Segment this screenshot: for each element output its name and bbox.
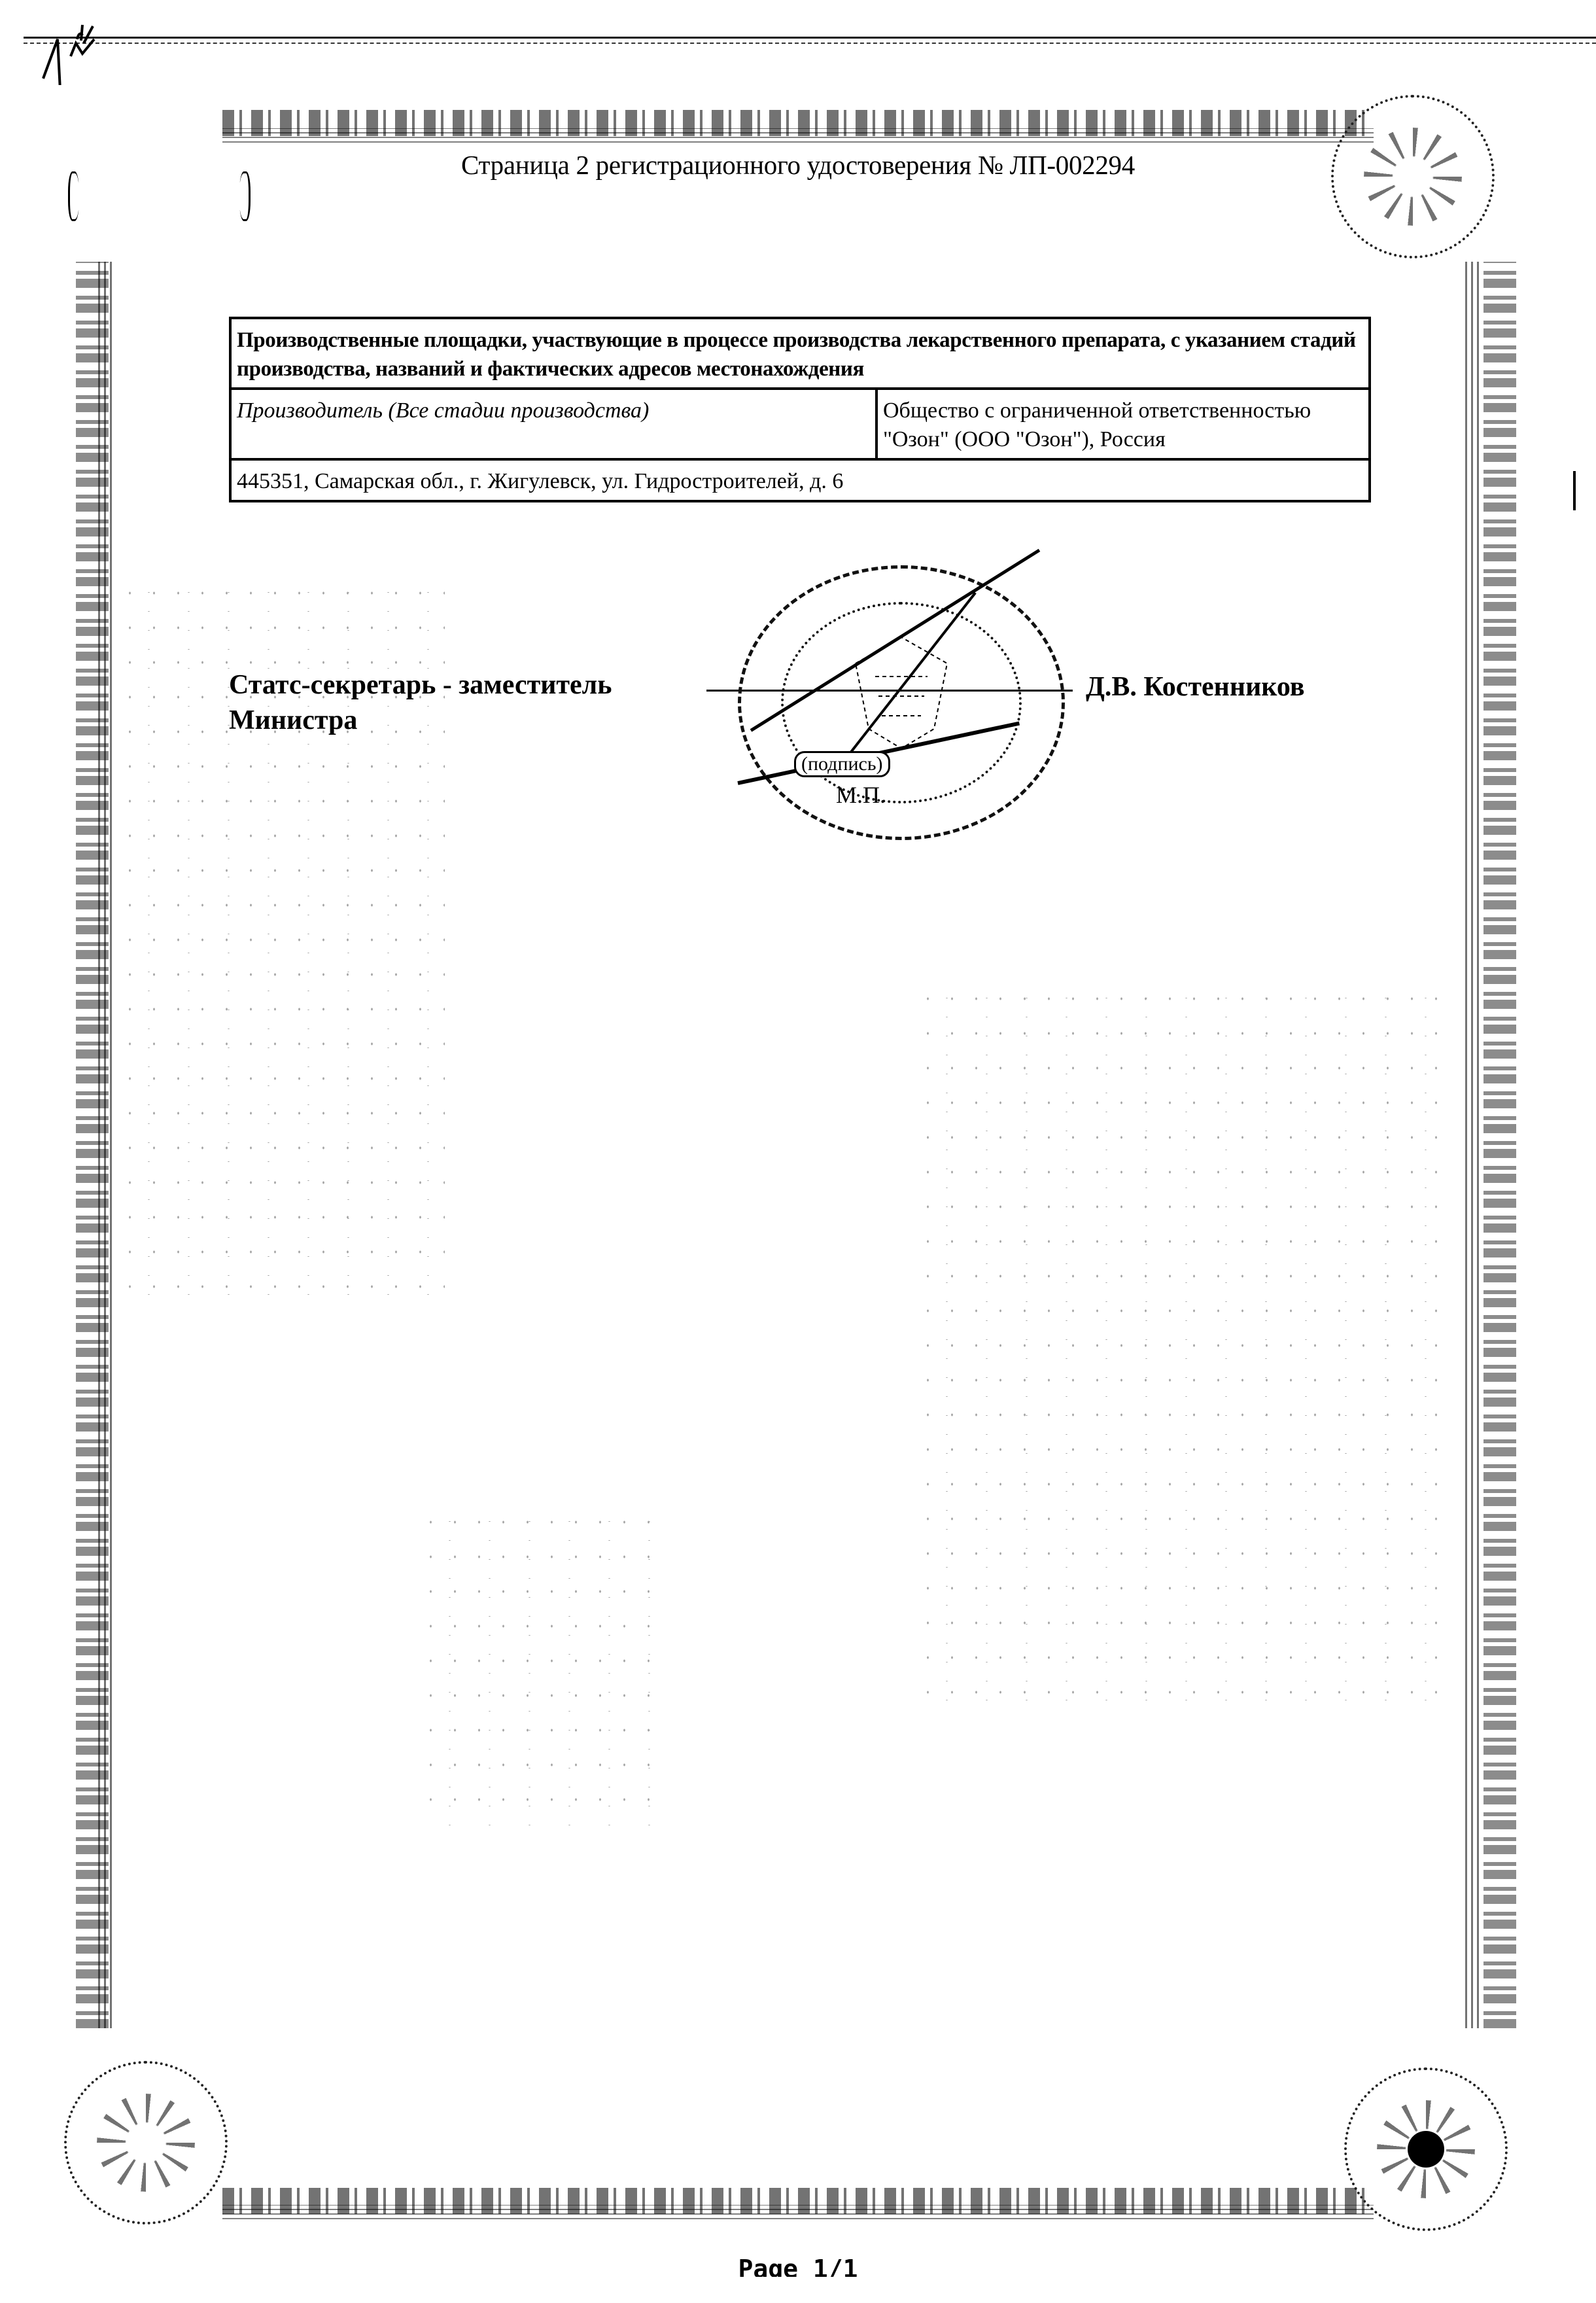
scan-top-rule bbox=[24, 37, 1596, 44]
frame-right-band bbox=[1483, 262, 1516, 2028]
signatory-title-line2: Министра bbox=[229, 703, 612, 738]
corner-rosette-bottom-left-icon bbox=[64, 2061, 228, 2224]
stamp-signature-label: (подпись) bbox=[794, 751, 890, 777]
frame-top-inner-band bbox=[222, 128, 1374, 143]
signatory-title-line1: Статс-секретарь - заместитель bbox=[229, 667, 612, 703]
manufacturer-role-cell: Производитель (Все стадии производства) bbox=[230, 389, 876, 459]
frame-bottom-inner-band bbox=[222, 2205, 1374, 2219]
scan-edge-mark bbox=[1573, 471, 1576, 510]
signatory-title: Статс-секретарь - заместитель Министра bbox=[229, 667, 612, 738]
frame-right-inner-band bbox=[1465, 262, 1481, 2028]
security-pattern-right bbox=[916, 981, 1439, 1701]
table-address-row: 445351, Самарская обл., г. Жигулевск, ул… bbox=[230, 459, 1370, 501]
handwritten-page-number-mark bbox=[30, 13, 102, 85]
table-heading: Производственные площадки, участвующие в… bbox=[230, 318, 1370, 389]
stamp-emblem-icon bbox=[738, 565, 1065, 840]
table-heading-row: Производственные площадки, участвующие в… bbox=[230, 318, 1370, 389]
manufacturer-address-cell: 445351, Самарская обл., г. Жигулевск, ул… bbox=[230, 459, 1370, 501]
page-footer: Page 1/1 bbox=[0, 2255, 1596, 2277]
production-sites-table: Производственные площадки, участвующие в… bbox=[229, 317, 1371, 502]
security-pattern-center bbox=[419, 1505, 667, 1832]
official-stamp: (подпись) М.П. bbox=[738, 565, 1065, 840]
frame-left-inner-band bbox=[98, 262, 114, 2028]
signatory-name: Д.В. Костенников bbox=[1086, 671, 1305, 703]
corner-rosette-bottom-right-icon bbox=[1344, 2067, 1508, 2231]
manufacturer-organization-cell: Общество с ограниченной ответственностью… bbox=[876, 389, 1370, 459]
table-row: Производитель (Все стадии производства) … bbox=[230, 389, 1370, 459]
page-header: Страница 2 регистрационного удостоверени… bbox=[0, 149, 1596, 181]
stamp-seal-label: М.П. bbox=[836, 781, 886, 809]
